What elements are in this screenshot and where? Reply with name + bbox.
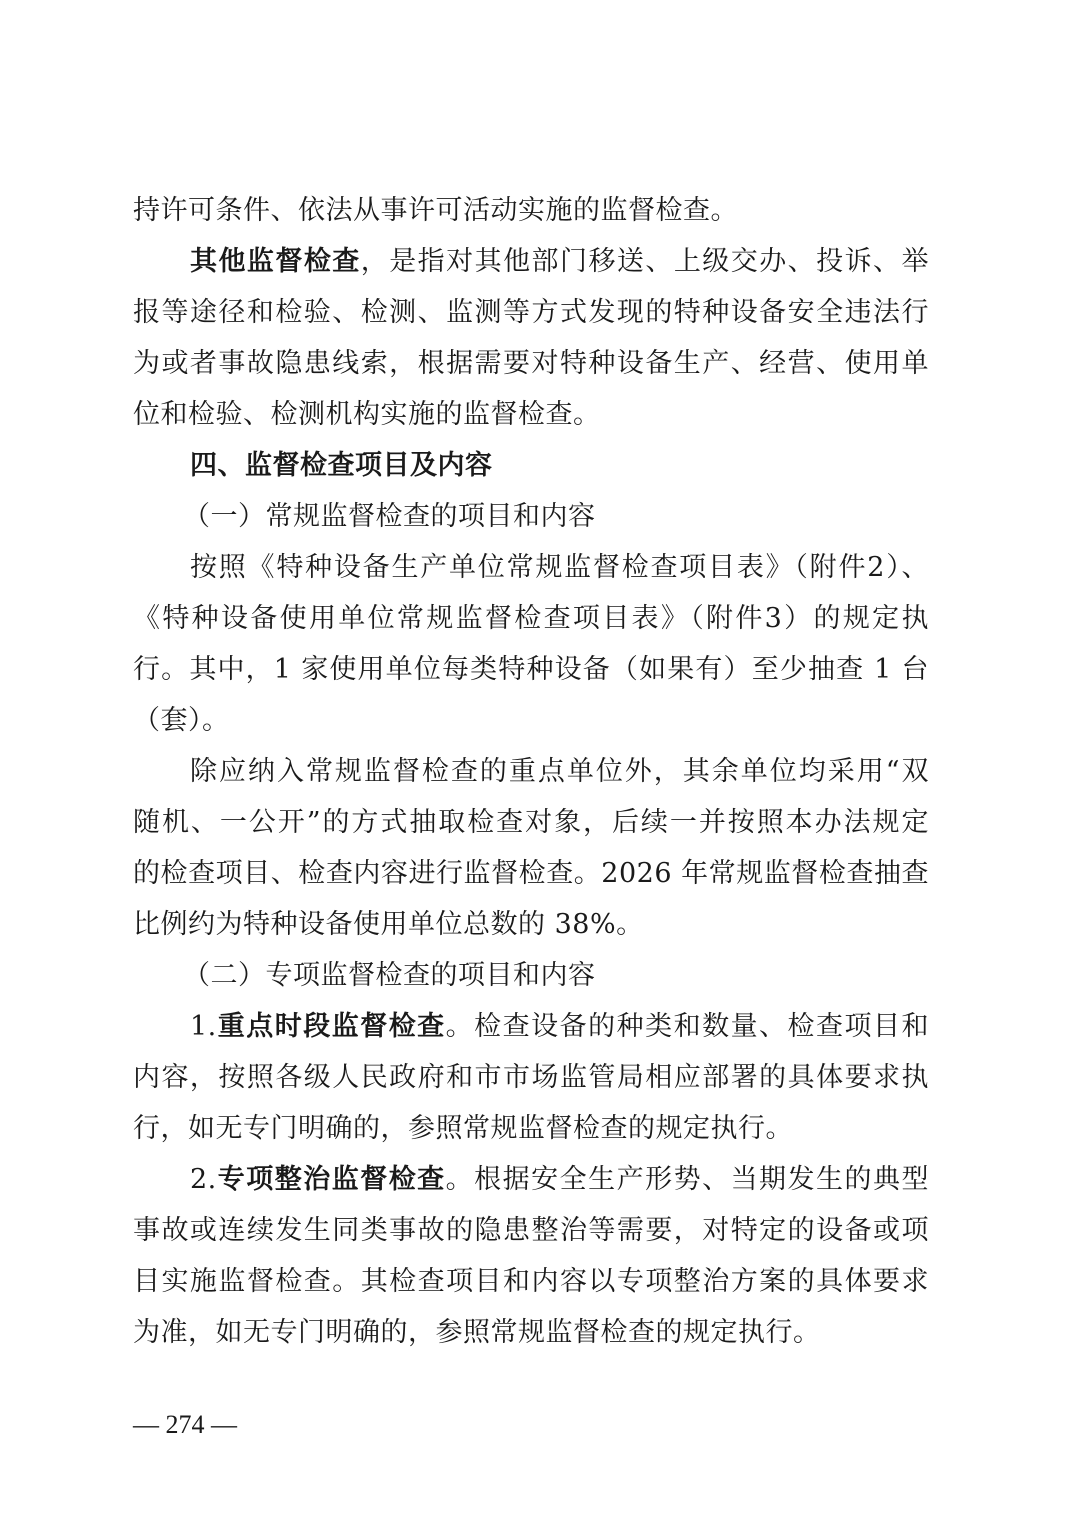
document-page: 持许可条件、依法从事许可活动实施的监督检查。 其他监督检查，是指对其他部门移送、… <box>133 185 929 1358</box>
bold-term: 其他监督检查 <box>190 246 361 277</box>
paragraph-line: 报等途径和检验、检测、监测等方式发现的特种设备安全违法行 <box>133 287 929 338</box>
paragraph-line: 除应纳入常规监督检查的重点单位外，其余单位均采用“双 <box>133 746 929 797</box>
paragraph-line: 其他监督检查，是指对其他部门移送、上级交办、投诉、举 <box>133 236 929 287</box>
paragraph-line: 1.重点时段监督检查。检查设备的种类和数量、检查项目和 <box>133 1001 929 1052</box>
paragraph-line: 内容，按照各级人民政府和市市场监管局相应部署的具体要求执 <box>133 1052 929 1103</box>
paragraph-line: （套）。 <box>133 695 929 746</box>
paragraph-line: 目实施监督检查。其检查项目和内容以专项整治方案的具体要求 <box>133 1256 929 1307</box>
paragraph-line: 为或者事故隐患线索，根据需要对特种设备生产、经营、使用单 <box>133 338 929 389</box>
paragraph-line: 的检查项目、检查内容进行监督检查。2026 年常规监督检查抽查 <box>133 848 929 899</box>
paragraph-line: 随机、一公开”的方式抽取检查对象，后续一并按照本办法规定 <box>133 797 929 848</box>
subsection-heading: （二）专项监督检查的项目和内容 <box>133 950 929 1001</box>
subsection-heading: （一）常规监督检查的项目和内容 <box>133 491 929 542</box>
paragraph-line: 《特种设备使用单位常规监督检查项目表》（附件3）的规定执 <box>133 593 929 644</box>
paragraph-line: 行。其中，1 家使用单位每类特种设备（如果有）至少抽查 1 台 <box>133 644 929 695</box>
paragraph-line: 为准，如无专门明确的，参照常规监督检查的规定执行。 <box>133 1307 929 1358</box>
paragraph-line: 位和检验、检测机构实施的监督检查。 <box>133 389 929 440</box>
paragraph-line: 按照《特种设备生产单位常规监督检查项目表》（附件2）、 <box>133 542 929 593</box>
paragraph-line: 比例约为特种设备使用单位总数的 38%。 <box>133 899 929 950</box>
section-heading: 四、监督检查项目及内容 <box>133 440 929 491</box>
bold-term: 专项整治监督检查 <box>217 1164 446 1195</box>
bold-term: 重点时段监督检查 <box>217 1011 446 1042</box>
paragraph-line: 2.专项整治监督检查。根据安全生产形势、当期发生的典型 <box>133 1154 929 1205</box>
paragraph-line: 事故或连续发生同类事故的隐患整治等需要，对特定的设备或项 <box>133 1205 929 1256</box>
page-number: — 274 — <box>133 1410 237 1440</box>
paragraph-line: 持许可条件、依法从事许可活动实施的监督检查。 <box>133 185 929 236</box>
paragraph-line: 行，如无专门明确的，参照常规监督检查的规定执行。 <box>133 1103 929 1154</box>
